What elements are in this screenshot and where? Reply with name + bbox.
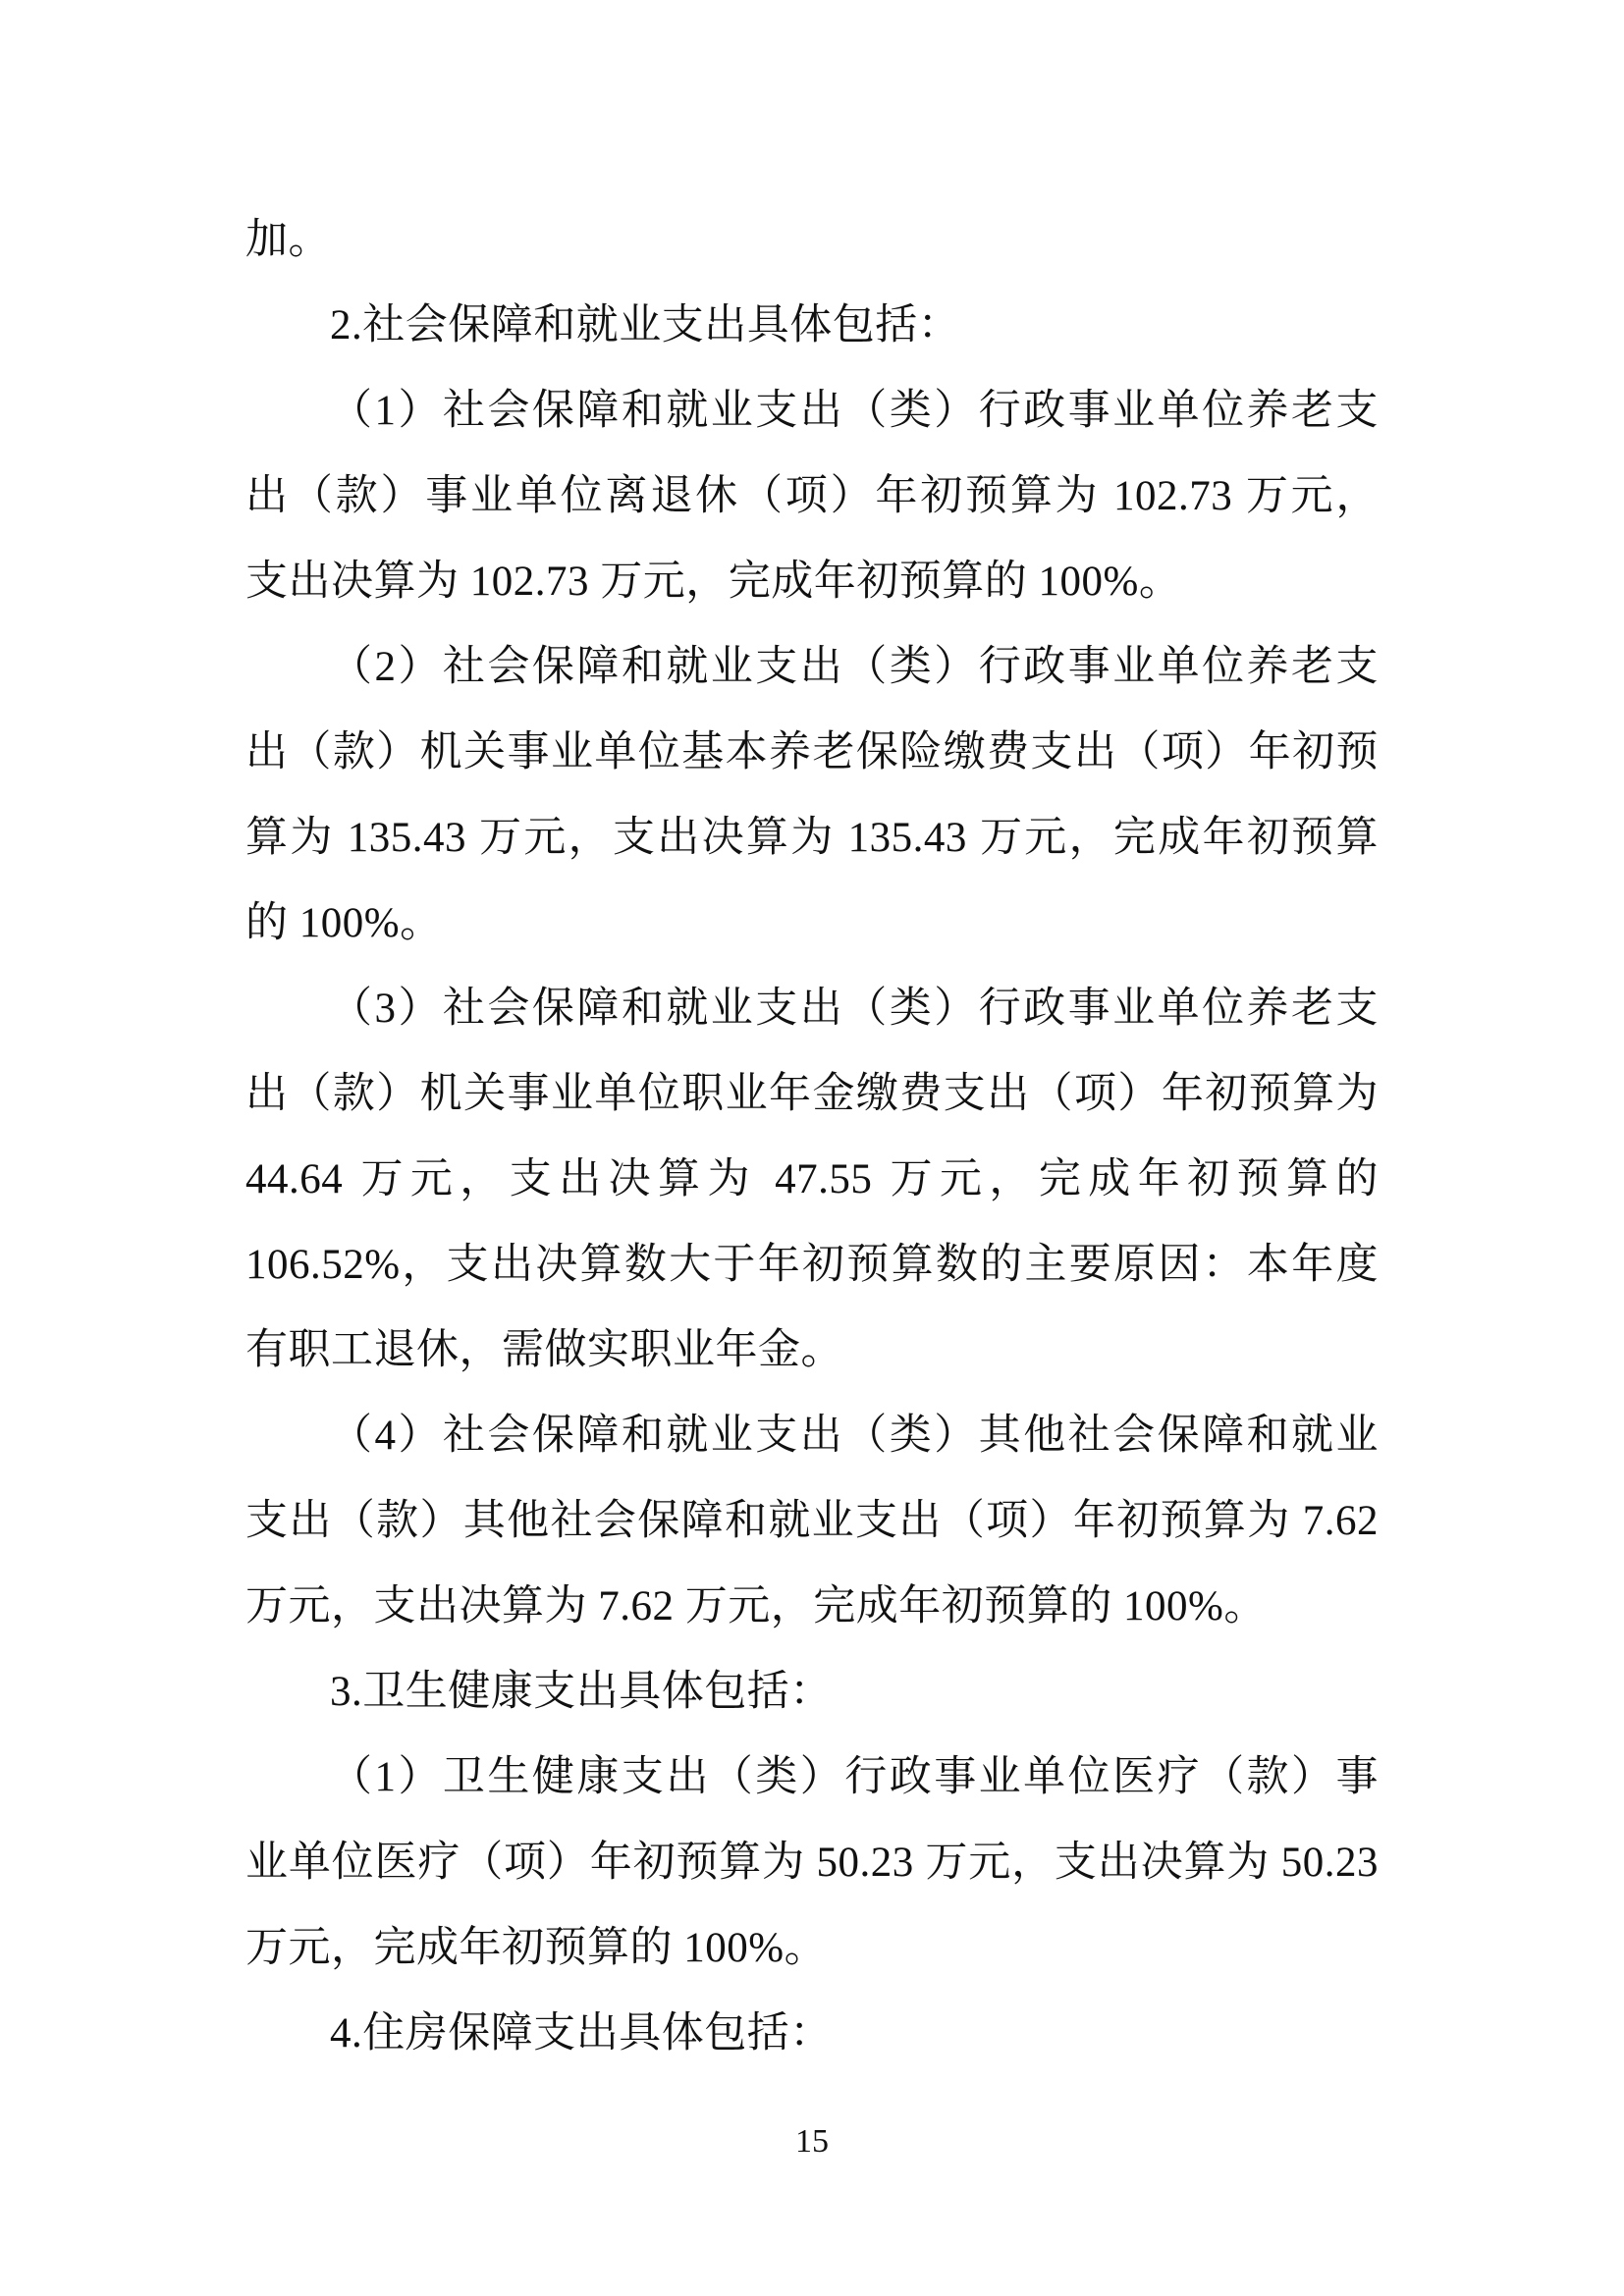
text-line: （4）社会保障和就业支出（类）其他社会保障和就业 <box>245 1393 1379 1478</box>
text-line: 44.64 万元，支出决算为 47.55 万元，完成年初预算的 <box>245 1137 1379 1222</box>
text-line: 2.社会保障和就业支出具体包括： <box>245 283 1379 368</box>
page-number: 15 <box>0 2120 1624 2163</box>
paragraph: （2）社会保障和就业支出（类）行政事业单位养老支出（款）机关事业单位基本养老保险… <box>245 624 1379 966</box>
text-line: 106.52%，支出决算数大于年初预算数的主要原因：本年度 <box>245 1222 1379 1308</box>
text-line: （3）社会保障和就业支出（类）行政事业单位养老支 <box>245 966 1379 1051</box>
text-line: 出（款）机关事业单位职业年金缴费支出（项）年初预算为 <box>245 1051 1379 1137</box>
text-line: 万元，完成年初预算的 100%。 <box>245 1905 1379 1991</box>
text-line: 有职工退休，需做实职业年金。 <box>245 1308 1379 1393</box>
text-line: （2）社会保障和就业支出（类）行政事业单位养老支 <box>245 624 1379 710</box>
text-line: 算为 135.43 万元，支出决算为 135.43 万元，完成年初预算 <box>245 795 1379 881</box>
paragraph: 3.卫生健康支出具体包括： <box>245 1649 1379 1735</box>
text-line: （1）卫生健康支出（类）行政事业单位医疗（款）事 <box>245 1735 1379 1820</box>
paragraph: （1）社会保障和就业支出（类）行政事业单位养老支出（款）事业单位离退休（项）年初… <box>245 368 1379 624</box>
text-line: 4.住房保障支出具体包括： <box>245 1991 1379 2076</box>
paragraph: 4.住房保障支出具体包括： <box>245 1991 1379 2076</box>
text-line: 加。 <box>245 197 1379 283</box>
text-line: 万元，支出决算为 7.62 万元，完成年初预算的 100%。 <box>245 1564 1379 1649</box>
paragraph: （3）社会保障和就业支出（类）行政事业单位养老支出（款）机关事业单位职业年金缴费… <box>245 966 1379 1393</box>
text-line: （1）社会保障和就业支出（类）行政事业单位养老支 <box>245 368 1379 454</box>
text-line: 的 100%。 <box>245 881 1379 966</box>
text-line: 业单位医疗（项）年初预算为 50.23 万元，支出决算为 50.23 <box>245 1820 1379 1905</box>
paragraph: 2.社会保障和就业支出具体包括： <box>245 283 1379 368</box>
document-body: 加。2.社会保障和就业支出具体包括：（1）社会保障和就业支出（类）行政事业单位养… <box>245 197 1379 2076</box>
text-line: 出（款）事业单位离退休（项）年初预算为 102.73 万元， <box>245 454 1379 539</box>
text-line: 3.卫生健康支出具体包括： <box>245 1649 1379 1735</box>
document-page: 加。2.社会保障和就业支出具体包括：（1）社会保障和就业支出（类）行政事业单位养… <box>0 0 1624 2296</box>
paragraph: （4）社会保障和就业支出（类）其他社会保障和就业支出（款）其他社会保障和就业支出… <box>245 1393 1379 1649</box>
paragraph: （1）卫生健康支出（类）行政事业单位医疗（款）事业单位医疗（项）年初预算为 50… <box>245 1735 1379 1991</box>
text-line: 支出（款）其他社会保障和就业支出（项）年初预算为 7.62 <box>245 1478 1379 1564</box>
text-line: 支出决算为 102.73 万元，完成年初预算的 100%。 <box>245 539 1379 624</box>
paragraph: 加。 <box>245 197 1379 283</box>
text-line: 出（款）机关事业单位基本养老保险缴费支出（项）年初预 <box>245 710 1379 795</box>
